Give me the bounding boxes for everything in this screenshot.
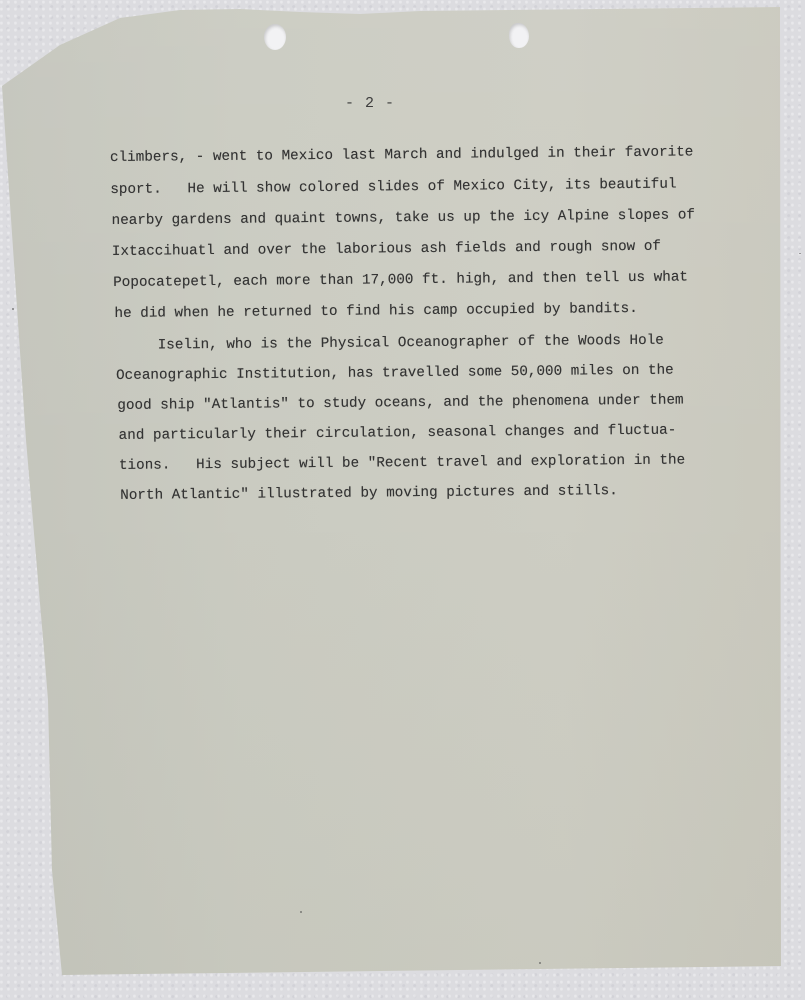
- text-line: and particularly their circulation, seas…: [119, 424, 677, 444]
- typewritten-page: - 2 - climbers, - went to Mexico last Ma…: [0, 0, 805, 1000]
- text-line: tions. His subject will be "Recent trave…: [119, 453, 685, 473]
- text-line: climbers, - went to Mexico last March an…: [110, 145, 694, 165]
- background-speck: [799, 253, 801, 254]
- text-line: Ixtaccihuatl and over the laborious ash …: [112, 240, 661, 260]
- text-line: North Atlantic" illustrated by moving pi…: [120, 484, 618, 503]
- body-text: climbers, - went to Mexico last March an…: [0, 0, 805, 1000]
- text-line: good ship "Atlantis" to study oceans, an…: [117, 394, 683, 414]
- text-line: Popocatepetl, each more than 17,000 ft. …: [113, 270, 688, 290]
- text-line: Iselin, who is the Physical Oceanographe…: [115, 334, 664, 354]
- background-speck: [12, 308, 14, 310]
- paper-speck: [539, 962, 541, 964]
- paper-speck: [300, 911, 302, 913]
- text-line: Oceanographic Institution, has travelled…: [116, 364, 674, 384]
- text-line: he did when he returned to find his camp…: [114, 302, 637, 321]
- text-line: nearby gardens and quaint towns, take us…: [112, 208, 696, 228]
- text-line: sport. He will show colored slides of Me…: [110, 178, 676, 198]
